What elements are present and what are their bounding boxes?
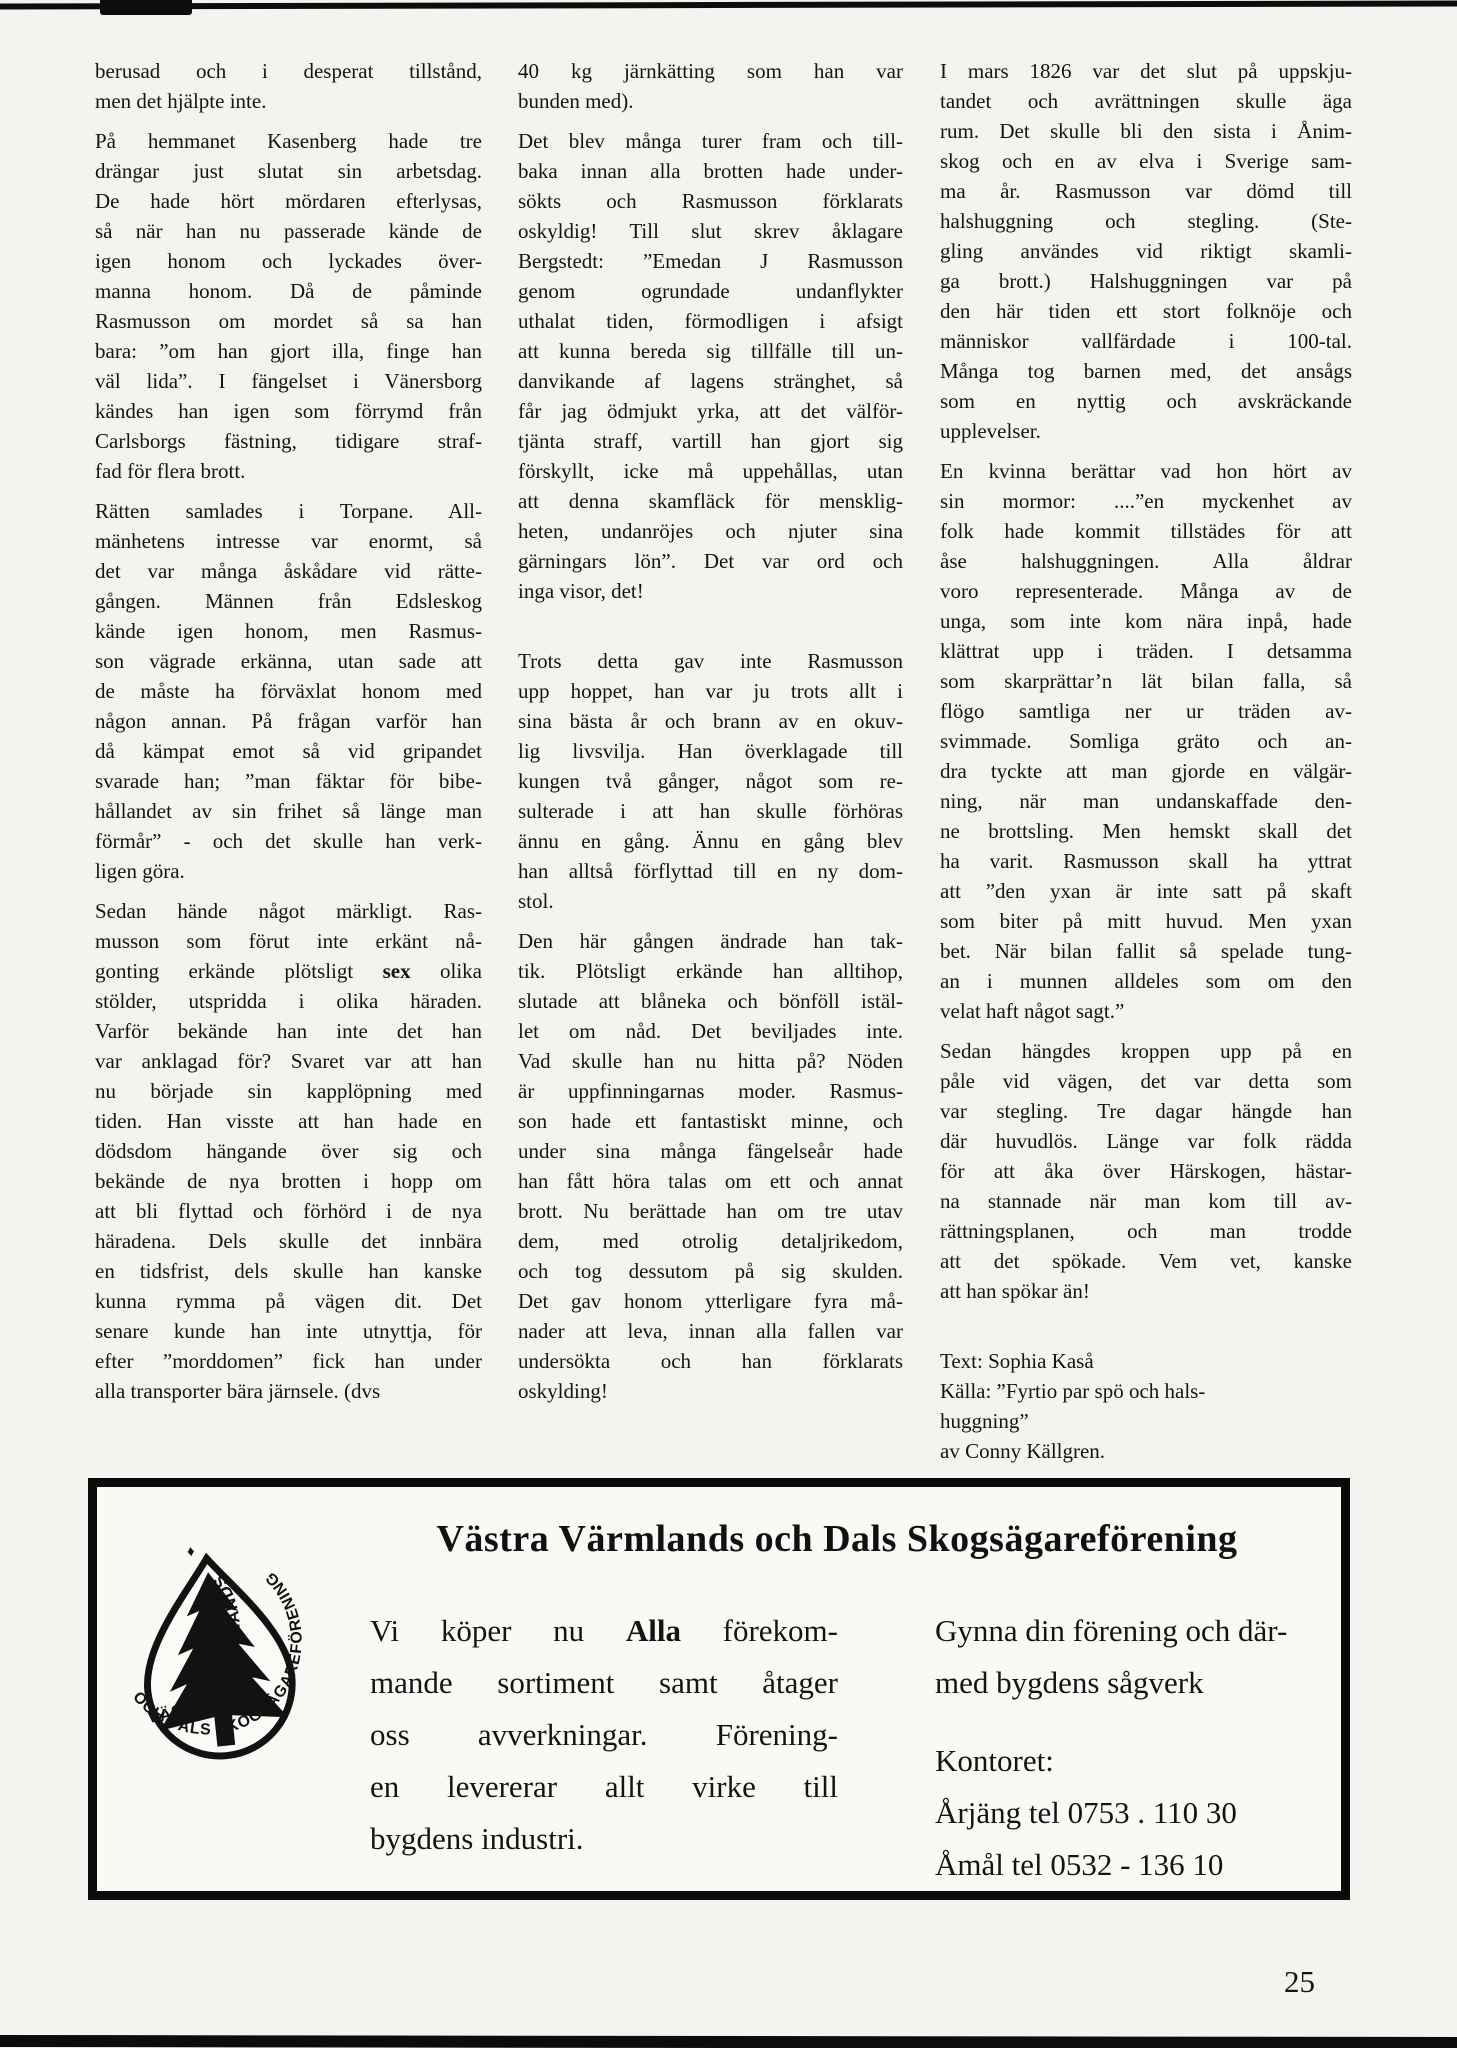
- paragraph: På hemmanet Kasenberg hade tredrängar ju…: [95, 126, 482, 486]
- text-line: gonting erkände plötsligt sex olika: [95, 956, 482, 986]
- text-line: dödsdom hängande över sig och: [95, 1136, 482, 1166]
- text-line: ha varit. Rasmusson skall ha yttrat: [940, 846, 1352, 876]
- scan-artifact-top-line: [0, 0, 1457, 9]
- text-line: väl lida”. I fängelset i Vänersborg: [95, 366, 482, 396]
- text-line: åse halshuggningen. Alla åldrar: [940, 546, 1352, 576]
- text-line: 40 kg järnkätting som han var: [518, 56, 903, 86]
- text-line: senare kunde han inte utnyttja, för: [95, 1316, 482, 1346]
- text-line: mande sortiment samt åtager: [370, 1657, 838, 1709]
- text-line: då kämpat emot så vid gripandet: [95, 736, 482, 766]
- text-line: någon annan. På frågan varför han: [95, 706, 482, 736]
- text-line: rättningsplanen, och man trodde: [940, 1216, 1352, 1246]
- text-line: Det blev många turer fram och till-: [518, 126, 903, 156]
- text-line: I mars 1826 var det slut på uppskju-: [940, 56, 1352, 86]
- text-line: bara: ”om han gjort illa, finge han: [95, 336, 482, 366]
- text-line: gling användes vid riktigt skamli-: [940, 236, 1352, 266]
- text-line: Många tog barnen med, det ansågs: [940, 356, 1352, 386]
- text-line: var stegling. Tre dagar hängde han: [940, 1096, 1352, 1126]
- text-line: hållandet av sin frihet så länge man: [95, 796, 482, 826]
- text-line: sin mormor: ....”en myckenhet av: [940, 486, 1352, 516]
- text-line: sökts och Rasmusson förklarats: [518, 186, 903, 216]
- ad-title: Västra Värmlands och Dals Skogsägareföre…: [352, 1517, 1322, 1561]
- text-line: voro representerade. Många av de: [940, 576, 1352, 606]
- text-line: han alltså förflyttad till en ny dom-: [518, 856, 903, 886]
- text-line: unga, som inte kom nära inpå, hade: [940, 606, 1352, 636]
- text-line: förmår” - och det skulle han verk-: [95, 826, 482, 856]
- text-line: genom ogrundade undanflykter: [518, 276, 903, 306]
- text-line: Sedan hände något märkligt. Ras-: [95, 896, 482, 926]
- text-line: drängar just slutat sin arbetsdag.: [95, 156, 482, 186]
- paragraph: I mars 1826 var det slut på uppskju-tand…: [940, 56, 1352, 446]
- logo-apex-diamond-icon: ♦: [186, 1544, 196, 1561]
- paragraph: Den här gången ändrade han tak-tik. Plöt…: [518, 926, 903, 1406]
- text-line: är uppfinningarnas moder. Rasmus-: [518, 1076, 903, 1106]
- text-line: tjänta straff, vartill han gjort sig: [518, 426, 903, 456]
- text-line: sulterade i att han skulle förhöras: [518, 796, 903, 826]
- text-line: att det spökade. Vem vet, kanske: [940, 1246, 1352, 1276]
- text-line: Varför bekände han inte det han: [95, 1016, 482, 1046]
- article-column-1: berusad och i desperat tillstånd,men det…: [95, 56, 482, 1476]
- text-line: som en nyttig och avskräckande: [940, 386, 1352, 416]
- text-line: brott. Nu berättade han om tre utav: [518, 1196, 903, 1226]
- text-line: Carlsborgs fästning, tidigare straf-: [95, 426, 482, 456]
- text-line: stölder, utspridda i olika häraden.: [95, 986, 482, 1016]
- text-line: En kvinna berättar vad hon hört av: [940, 456, 1352, 486]
- text-line: oskylding!: [518, 1376, 903, 1406]
- text-line: slutade att blåneka och bönföll istäl-: [518, 986, 903, 1016]
- text-line: Kontoret:: [935, 1735, 1335, 1787]
- ad-text-group: Kontoret:Årjäng tel 0753 . 110 30Åmål te…: [935, 1735, 1335, 1891]
- text-line: dem, med otrolig detaljrikedom,: [518, 1226, 903, 1256]
- text-line: Vi köper nu Alla förekom-: [370, 1605, 838, 1657]
- text-line: igen honom och lyckades över-: [95, 246, 482, 276]
- text-line: en levererar allt virke till: [370, 1761, 838, 1813]
- text-line: som skarprättar’n lät bilan falla, så: [940, 666, 1352, 696]
- text-line: tik. Plötsligt erkände han alltihop,: [518, 956, 903, 986]
- paragraph: Det blev många turer fram och till-baka …: [518, 126, 903, 606]
- paragraph: 40 kg järnkätting som han varbunden med)…: [518, 56, 903, 116]
- text-line: med bygdens sågverk: [935, 1657, 1335, 1709]
- text-line: alla transporter bära järnsele. (dvs: [95, 1376, 482, 1406]
- text-line: bekände de nya brotten i hopp om: [95, 1166, 482, 1196]
- paragraph: Rätten samlades i Torpane. All-mänhetens…: [95, 496, 482, 886]
- text-line: ännu en gång. Ännu en gång blev: [518, 826, 903, 856]
- paragraph: berusad och i desperat tillstånd,men det…: [95, 56, 482, 116]
- text-line: Åmål tel 0532 - 136 10: [935, 1839, 1335, 1891]
- text-line: den här tiden ett stort folknöje och: [940, 296, 1352, 326]
- text-line: påle vid vägen, det var detta som: [940, 1066, 1352, 1096]
- text-line: De hade hört mördaren efterlysas,: [95, 186, 482, 216]
- text-line: och tog dessutom på sig skulden.: [518, 1256, 903, 1286]
- text-line: som biter på mitt huvud. Men yxan: [940, 906, 1352, 936]
- text-line: Vad skulle han nu hitta på? Nöden: [518, 1046, 903, 1076]
- text-line: för att åka över Härskogen, hästar-: [940, 1156, 1352, 1186]
- text-line: son hade ett fantastiskt minne, och: [518, 1106, 903, 1136]
- text-line: velat haft något sagt.”: [940, 996, 1352, 1026]
- text-line: en tidsfrist, dels skulle han kanske: [95, 1256, 482, 1286]
- article-column-2: 40 kg järnkätting som han varbunden med)…: [518, 56, 903, 1476]
- text-line: tiden. Han visste att han hade en: [95, 1106, 482, 1136]
- paragraph: Sedan hände något märkligt. Ras-musson s…: [95, 896, 482, 1406]
- article-column-3: I mars 1826 var det slut på uppskju-tand…: [940, 56, 1352, 1476]
- text-line: efter ”morddomen” fick han under: [95, 1346, 482, 1376]
- article-body: berusad och i desperat tillstånd,men det…: [95, 56, 1352, 1476]
- text-line: svarade han; ”man fäktar för bibe-: [95, 766, 482, 796]
- text-line: ga brott.) Halshuggningen var på: [940, 266, 1352, 296]
- text-line: heten, undanröjes och njuter sina: [518, 516, 903, 546]
- text-line: flögo samtliga ner ur träden av-: [940, 696, 1352, 726]
- text-line: inga visor, det!: [518, 576, 903, 606]
- text-line: Gynna din förening och där-: [935, 1605, 1335, 1657]
- text-line: var anklagad för? Svaret var att han: [95, 1046, 482, 1076]
- text-line: bet. När bilan fallit så spelade tung-: [940, 936, 1352, 966]
- text-line: sina bästa år och brann av en okuv-: [518, 706, 903, 736]
- text-line: Det gav honom ytterligare fyra må-: [518, 1286, 903, 1316]
- paragraph: Trots detta gav inte Rasmussonupp hoppet…: [518, 646, 903, 916]
- ad-box: VÄSTRA VÄRMLANDS OCH DALS SKOGSÄGAREFÖRE…: [88, 1478, 1350, 1900]
- text-line: uthalat tiden, förmodligen i afsigt: [518, 306, 903, 336]
- text-line: nu började sin kapplöpning med: [95, 1076, 482, 1106]
- text-line: under sina många fängelseår hade: [518, 1136, 903, 1166]
- text-line: svimmade. Somliga gräto och an-: [940, 726, 1352, 756]
- text-line: halshuggning och stegling. (Ste-: [940, 206, 1352, 236]
- text-line: att denna skamfläck för mensklig-: [518, 486, 903, 516]
- text-line: ne brottsling. Men hemskt skall det: [940, 816, 1352, 846]
- text-line: mänhetens intresse var enormt, så: [95, 526, 482, 556]
- text-line: de måste ha förväxlat honom med: [95, 676, 482, 706]
- text-line: baka innan alla brotten hade under-: [518, 156, 903, 186]
- text-line: där huvudlös. Länge var folk rädda: [940, 1126, 1352, 1156]
- text-line: undersökta och han förklarats: [518, 1346, 903, 1376]
- text-line: det var många åskådare vid rätte-: [95, 556, 482, 586]
- text-line: Sedan hängdes kroppen upp på en: [940, 1036, 1352, 1066]
- text-line: son vägrade erkänna, utan sade att: [95, 646, 482, 676]
- ad-text-group: Gynna din förening och där-med bygdens s…: [935, 1605, 1335, 1709]
- text-line: På hemmanet Kasenberg hade tre: [95, 126, 482, 156]
- text-line: bygdens industri.: [370, 1813, 838, 1865]
- text-line: tandet och avrättningen skulle äga: [940, 86, 1352, 116]
- text-line: men det hjälpte inte.: [95, 86, 482, 116]
- text-line: rum. Det skulle bli den sista i Ånim-: [940, 116, 1352, 146]
- text-line: bunden med).: [518, 86, 903, 116]
- text-line: musson som förut inte erkänt nå-: [95, 926, 482, 956]
- text-line: klättrat upp i träden. I detsamma: [940, 636, 1352, 666]
- text-line: Källa: ”Fyrtio par spö och hals-: [940, 1376, 1352, 1406]
- text-line: Årjäng tel 0753 . 110 30: [935, 1787, 1335, 1839]
- text-line: kändes han igen som förrymd från: [95, 396, 482, 426]
- forestry-association-logo: VÄSTRA VÄRMLANDS OCH DALS SKOGSÄGAREFÖRE…: [91, 1526, 343, 1789]
- text-line: Den här gången ändrade han tak-: [518, 926, 903, 956]
- text-line: får jag ödmjukt yrka, att det välför-: [518, 396, 903, 426]
- text-line: gärningars lön”. Det var ord och: [518, 546, 903, 576]
- text-line: skog och en av elva i Sverige sam-: [940, 146, 1352, 176]
- text-line: gången. Männen från Edsleskog: [95, 586, 482, 616]
- text-line: att kunna bereda sig tillfälle till un-: [518, 336, 903, 366]
- text-line: stol.: [518, 886, 903, 916]
- text-line: ning, när man undanskaffade den-: [940, 786, 1352, 816]
- paragraph: Sedan hängdes kroppen upp på enpåle vid …: [940, 1036, 1352, 1306]
- text-line: danvikande af lagens stränghet, så: [518, 366, 903, 396]
- text-line: upplevelser.: [940, 416, 1352, 446]
- scan-artifact-bottom-bar: [0, 2035, 1457, 2048]
- text-line: Text: Sophia Kaså: [940, 1346, 1352, 1376]
- text-line: att bli flyttad och förhörd i de nya: [95, 1196, 482, 1226]
- text-line: let om nåd. Det beviljades inte.: [518, 1016, 903, 1046]
- text-line: ligen göra.: [95, 856, 482, 886]
- text-line: kunna rymma på vägen dit. Det: [95, 1286, 482, 1316]
- text-line: Rasmusson om mordet så sa han: [95, 306, 482, 336]
- text-line: så när han nu passerade kände de: [95, 216, 482, 246]
- text-line: Bergstedt: ”Emedan J Rasmusson: [518, 246, 903, 276]
- text-line: oss avverkningar. Förening-: [370, 1709, 838, 1761]
- text-line: Trots detta gav inte Rasmusson: [518, 646, 903, 676]
- text-line: nader att leva, innan alla fallen var: [518, 1316, 903, 1346]
- text-line: fad för flera brott.: [95, 456, 482, 486]
- text-line: människor vallfärdade i 100-tal.: [940, 326, 1352, 356]
- text-line: av Conny Källgren.: [940, 1436, 1352, 1466]
- paragraph: Text: Sophia KasåKälla: ”Fyrtio par spö …: [940, 1346, 1352, 1466]
- scanned-magazine-page: berusad och i desperat tillstånd,men det…: [0, 0, 1457, 2048]
- page-number: 25: [1284, 1964, 1315, 2000]
- text-line: Rätten samlades i Torpane. All-: [95, 496, 482, 526]
- text-line: dra tyckte att man gjorde en välgär-: [940, 756, 1352, 786]
- ad-left-text: Vi köper nu Alla förekom-mande sortiment…: [370, 1605, 838, 1865]
- text-line: an i munnen alldeles som om den: [940, 966, 1352, 996]
- text-line: manna honom. Då de påminde: [95, 276, 482, 306]
- text-line: att han spökar än!: [940, 1276, 1352, 1306]
- ad-right-text: Gynna din förening och där-med bygdens s…: [935, 1605, 1335, 1891]
- text-line: förskyllt, icke må uppehållas, utan: [518, 456, 903, 486]
- text-line: lig livsvilja. Han överklagade till: [518, 736, 903, 766]
- paragraph: En kvinna berättar vad hon hört avsin mo…: [940, 456, 1352, 1026]
- text-line: folk hade kommit tillstädes för att: [940, 516, 1352, 546]
- text-line: häradena. Dels skulle det innbära: [95, 1226, 482, 1256]
- text-line: kände igen honom, men Rasmus-: [95, 616, 482, 646]
- text-line: ma år. Rasmusson var dömd till: [940, 176, 1352, 206]
- text-line: berusad och i desperat tillstånd,: [95, 56, 482, 86]
- text-line: att ”den yxan är inte satt på skaft: [940, 876, 1352, 906]
- text-line: oskyldig! Till slut skrev åklagare: [518, 216, 903, 246]
- text-line: upp hoppet, han var ju trots allt i: [518, 676, 903, 706]
- text-line: kungen två gånger, något som re-: [518, 766, 903, 796]
- text-line: huggning”: [940, 1406, 1352, 1436]
- text-line: han fått höra talas om ett och annat: [518, 1166, 903, 1196]
- scan-artifact-corner-mark: [100, 0, 192, 15]
- text-line: na stannade när man kom till av-: [940, 1186, 1352, 1216]
